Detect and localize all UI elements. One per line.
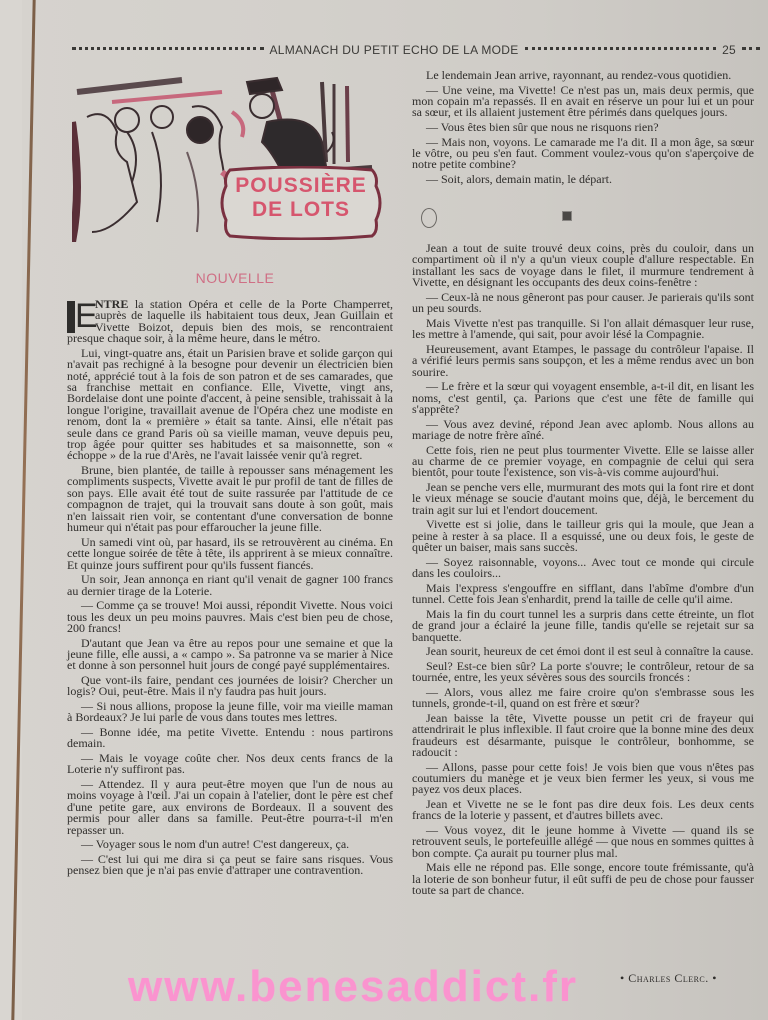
paragraph: Le lendemain Jean arrive, rayonnant, au …: [412, 70, 754, 81]
paragraph: — Voyager sous le nom d'un autre! C'est …: [67, 839, 393, 850]
author-signature: • Charles Clerc. •: [620, 971, 717, 986]
right-text-column: Jean a tout de suite trouvé deux coins, …: [412, 243, 754, 900]
oval-medallion-icon: [421, 208, 437, 228]
story-genre-label: NOUVELLE: [60, 270, 410, 286]
paragraph: — Une veine, ma Vivette! Ce n'est pas un…: [412, 85, 754, 119]
website-watermark: www.benesaddict.fr: [128, 962, 578, 1012]
paragraph: Jean et Vivette ne se le font pas dire d…: [412, 799, 754, 822]
paragraph: — Ceux-là ne nous gêneront pas pour caus…: [412, 292, 754, 315]
right-top-text-column: Le lendemain Jean arrive, rayonnant, au …: [412, 70, 754, 189]
story-title: POUSSIÈRE DE LOTS: [218, 174, 384, 222]
left-text-column: ENTRE la station Opéra et celle de la Po…: [67, 299, 393, 880]
paragraph: Mais la fin du court tunnel les a surpri…: [412, 609, 754, 643]
paragraph: Jean se penche vers elle, murmurant des …: [412, 482, 754, 516]
paragraph: Mais Vivette n'est pas tranquille. Si l'…: [412, 318, 754, 341]
small-square-icon: [562, 211, 572, 221]
paragraph: — Le frère et la sœur qui voyagent ensem…: [412, 381, 754, 415]
paragraph: — Si nous allions, propose la jeune fill…: [67, 701, 393, 724]
header-dot-leader: [742, 47, 760, 53]
facing-page-edge: [0, 0, 22, 1020]
dropcap: E: [67, 301, 89, 333]
paragraph: Que vont-ils faire, pendant ces journées…: [67, 675, 393, 698]
paragraph: Brune, bien plantée, de taille à repouss…: [67, 465, 393, 533]
paragraph: Mais l'express s'engouffre en sifflant, …: [412, 583, 754, 606]
magazine-page: ALMANACH DU PETIT ECHO DE LA MODE 25: [0, 0, 768, 1020]
paragraph: — Allons, passe pour cette fois! Je vois…: [412, 762, 754, 796]
dropcap-letter: E: [75, 297, 98, 335]
paragraph: — Soit, alors, demain matin, le départ.: [412, 174, 754, 185]
paragraph: — Alors, vous allez me faire croire qu'o…: [412, 687, 754, 710]
right-top-paragraphs: Le lendemain Jean arrive, rayonnant, au …: [412, 70, 754, 185]
paragraph: Jean a tout de suite trouvé deux coins, …: [412, 243, 754, 289]
left-paragraphs: Lui, vingt-quatre ans, était un Parisien…: [67, 348, 393, 877]
paragraph: — Vous voyez, dit le jeune homme à Vivet…: [412, 825, 754, 859]
story-title-line-1: POUSSIÈRE: [218, 174, 384, 198]
paragraph: — Mais le voyage coûte cher. Nos deux ce…: [67, 753, 393, 776]
opening-paragraph: ENTRE la station Opéra et celle de la Po…: [67, 299, 393, 345]
paragraph: Jean baisse la tête, Vivette pousse un p…: [412, 713, 754, 759]
running-title: ALMANACH DU PETIT ECHO DE LA MODE: [270, 43, 519, 57]
paragraph: Mais elle ne répond pas. Elle songe, enc…: [412, 862, 754, 896]
paragraph: — Comme ça se trouve! Moi aussi, répondi…: [67, 600, 393, 634]
paragraph: — Vous êtes bien sûr que nous ne risquon…: [412, 122, 754, 133]
paragraph: — Attendez. Il y aura peut-être moyen qu…: [67, 779, 393, 836]
paragraph: Cette fois, rien ne peut plus tourmenter…: [412, 445, 754, 479]
dropcap-ornament: [67, 301, 75, 333]
paragraph: Seul? Est-ce bien sûr? La porte s'ouvre;…: [412, 661, 754, 684]
paragraph: — Soyez raisonnable, voyons... Avec tout…: [412, 557, 754, 580]
paragraph: Vivette est si jolie, dans le tailleur g…: [412, 519, 754, 553]
paragraph: — Bonne idée, ma petite Vivette. Entendu…: [67, 727, 393, 750]
right-paragraphs: Jean a tout de suite trouvé deux coins, …: [412, 243, 754, 897]
paragraph: Lui, vingt-quatre ans, était un Parisien…: [67, 348, 393, 462]
paragraph: Un samedi vint où, par hasard, ils se re…: [67, 537, 393, 571]
running-header: ALMANACH DU PETIT ECHO DE LA MODE 25: [66, 42, 766, 58]
paragraph: Un soir, Jean annonça en riant qu'il ven…: [67, 574, 393, 597]
paragraph: Heureusement, avant Etampes, le passage …: [412, 344, 754, 378]
header-dot-leader: [72, 47, 264, 53]
paragraph: Jean sourit, heureux de cet émoi dont il…: [412, 646, 754, 657]
paragraph: — Vous avez deviné, répond Jean avec apl…: [412, 419, 754, 442]
header-dot-leader: [525, 47, 717, 53]
story-title-line-2: DE LOTS: [218, 198, 384, 222]
paragraph: — Mais non, voyons. Le camarade me l'a d…: [412, 137, 754, 171]
paragraph: — C'est lui qui me dira si ça peut se fa…: [67, 854, 393, 877]
paragraph: D'autant que Jean va être au repos pour …: [67, 638, 393, 672]
story-title-cartouche: POUSSIÈRE DE LOTS: [218, 166, 384, 240]
page-number: 25: [722, 43, 736, 57]
